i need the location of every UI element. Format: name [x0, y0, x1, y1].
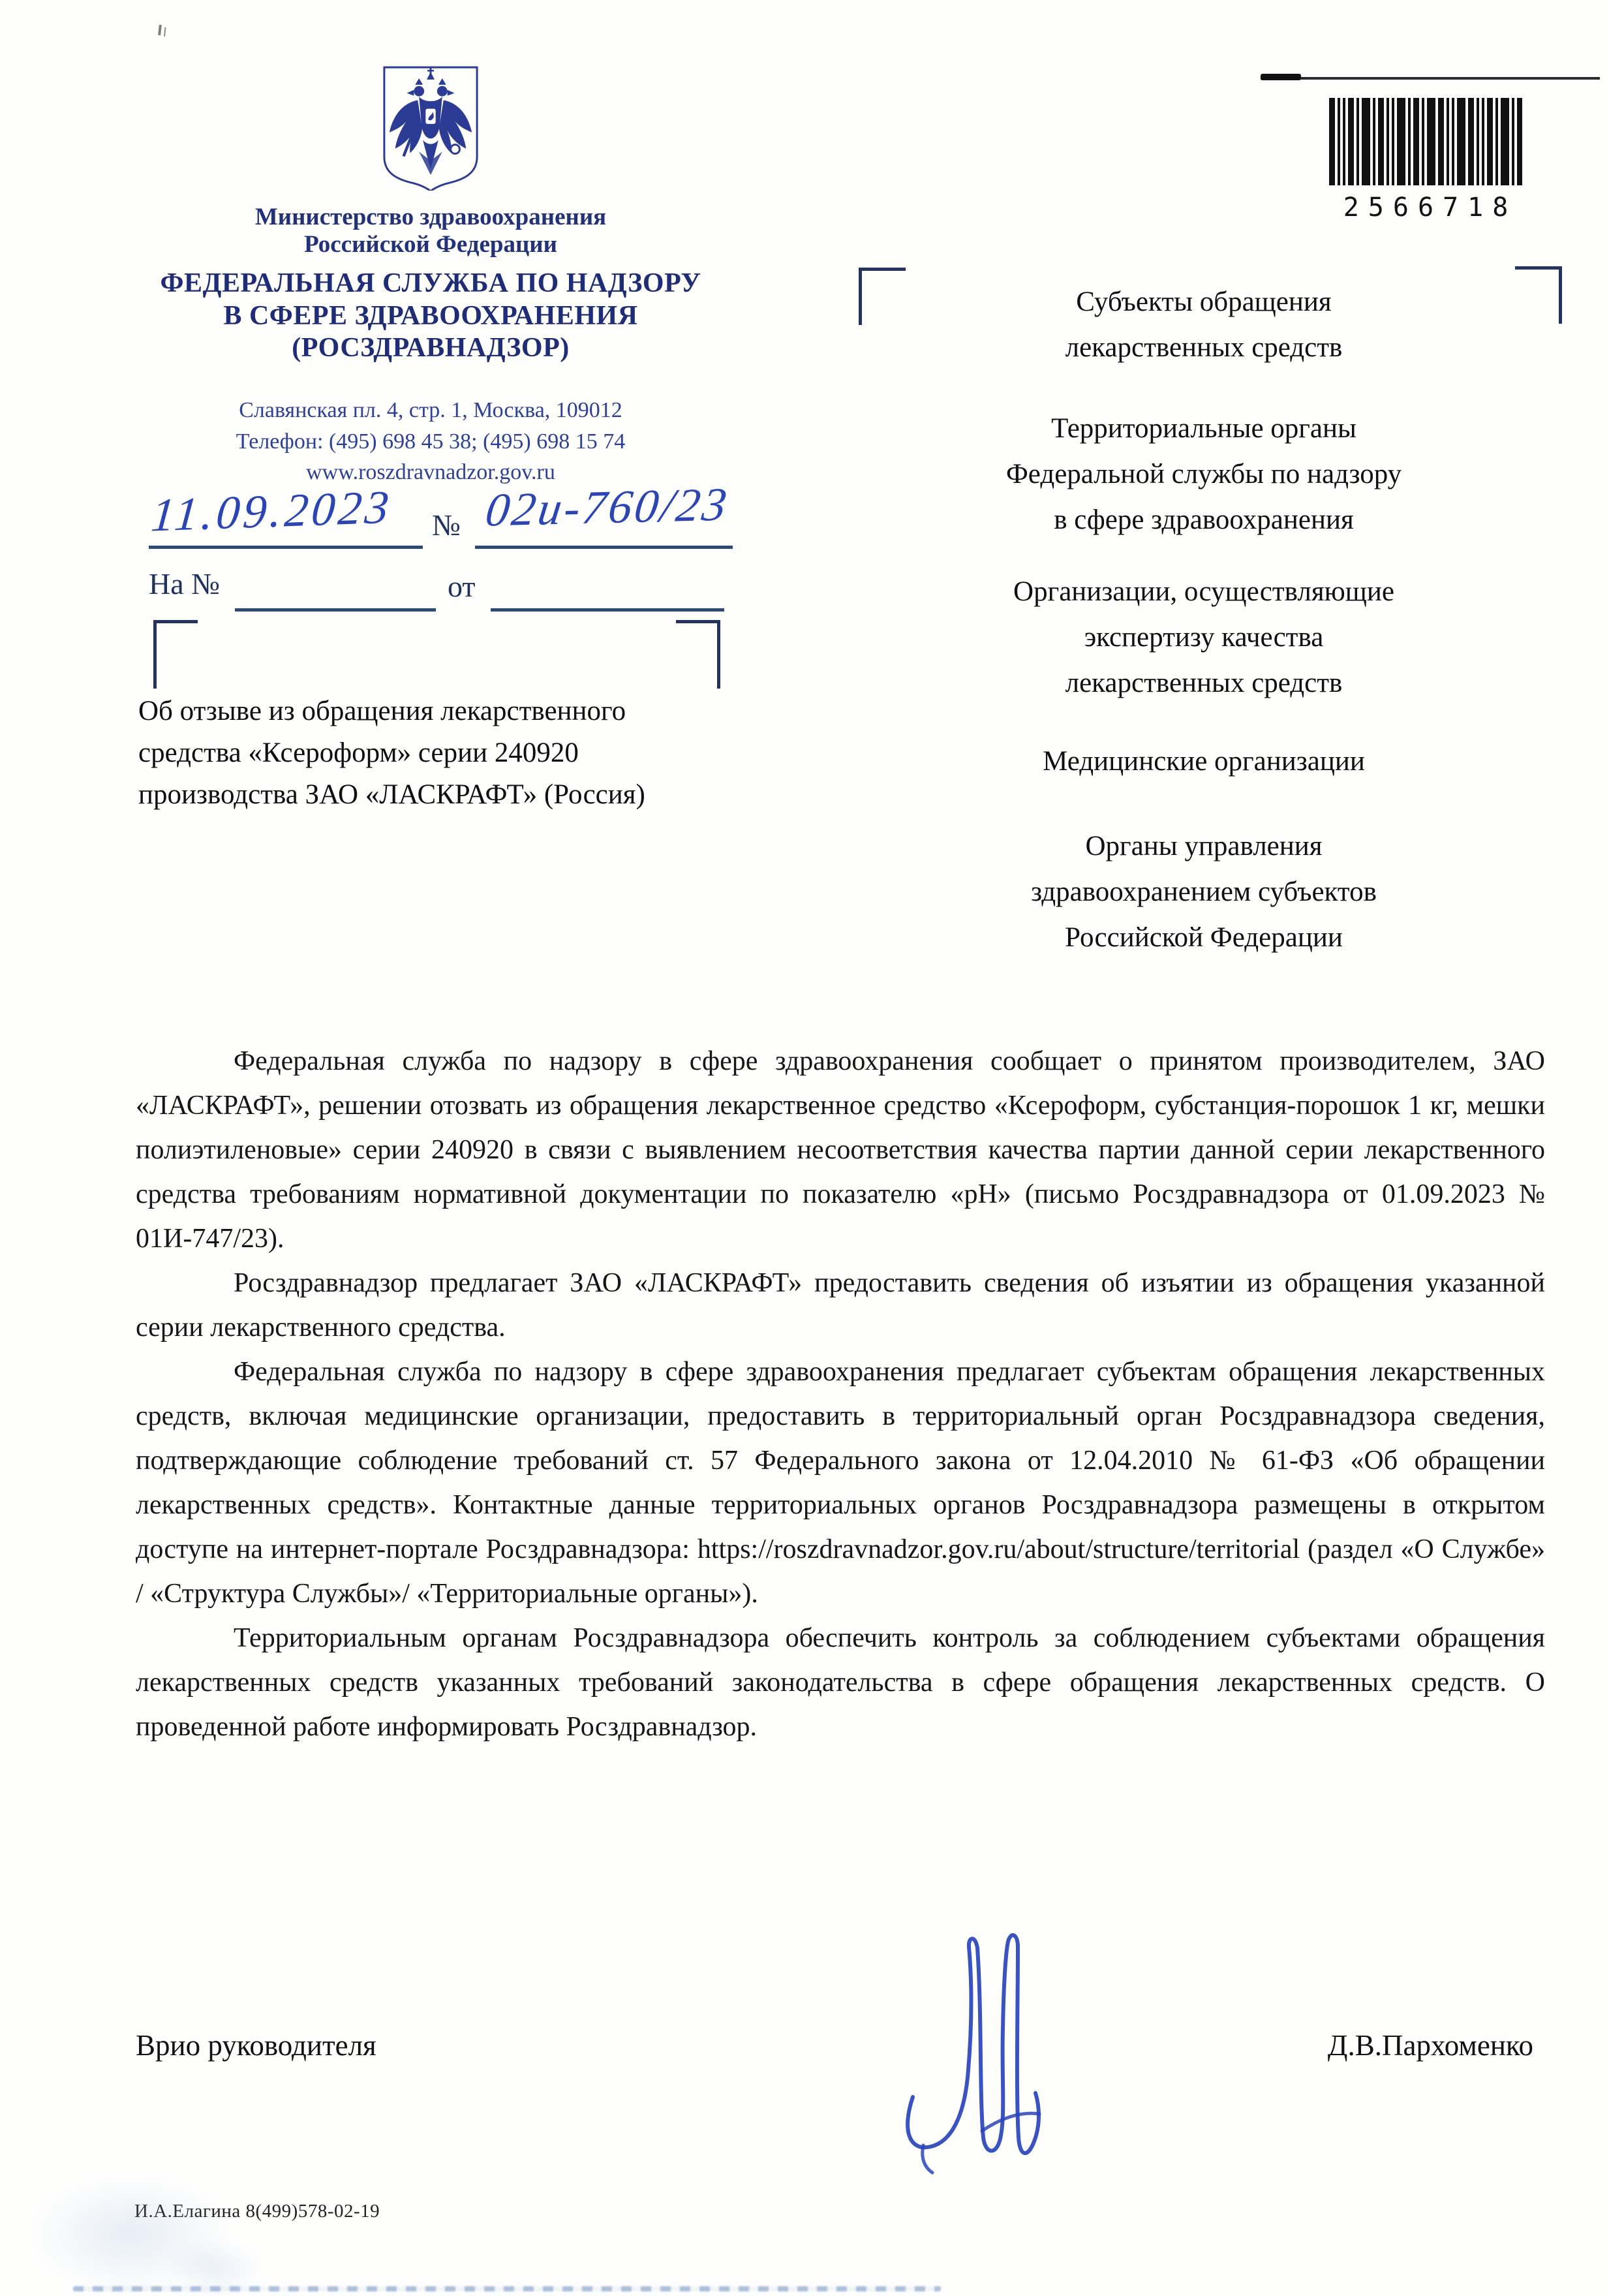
- signer-position-title: Врио руководителя: [136, 2028, 376, 2062]
- scanned-letter-page: 2566718: [0, 0, 1609, 2296]
- letterhead: Министерство здравоохранения Российской …: [111, 64, 750, 488]
- date-underline: [149, 546, 423, 549]
- body-paragraph-manufacturer-request: Росздравнадзор предлагает ЗАО «ЛАСКРАФТ»…: [136, 1261, 1545, 1350]
- recipient-group-quality-expertise-organizations: Организации, осуществляющие экспертизу к…: [848, 569, 1559, 706]
- coat-of-arms-icon: [379, 64, 482, 191]
- scan-speck-artifact: [158, 25, 162, 35]
- scan-line-blob-artifact: [1261, 74, 1301, 80]
- reply-number-label: На №: [149, 566, 220, 601]
- handwritten-date: 11.09.2023: [149, 480, 394, 542]
- reply-date-label: от: [448, 569, 476, 604]
- signer-name: Д.В.Пархоменко: [1109, 2028, 1533, 2062]
- body-paragraph-subjects-request: Федеральная служба по надзору в сфере зд…: [136, 1350, 1545, 1616]
- scan-line-artifact: [1261, 77, 1600, 80]
- letter-subject: Об отзыве из обращения лекарственного ср…: [138, 690, 765, 816]
- number-underline: [475, 546, 733, 549]
- number-sign: №: [432, 508, 461, 542]
- corner-mark-subject-left: [153, 620, 198, 689]
- recipient-group-territorial-bodies: Территориальные органы Федеральной служб…: [848, 406, 1559, 543]
- body-paragraph-territorial-control: Территориальным органам Росздравнадзора …: [136, 1616, 1545, 1749]
- recipient-group-medical-organizations: Медицинские организации: [848, 739, 1559, 784]
- reply-date-blank-line: [491, 608, 724, 612]
- recipient-group-drug-circulation-subjects: Субъекты обращения лекарственных средств: [848, 279, 1559, 371]
- ministry-name: Министерство здравоохранения Российской …: [111, 204, 750, 258]
- letter-body: Федеральная служба по надзору в сфере зд…: [136, 1039, 1545, 1749]
- service-name: ФЕДЕРАЛЬНАЯ СЛУЖБА ПО НАДЗОРУ В СФЕРЕ ЗД…: [111, 268, 750, 365]
- barcode-icon: [1328, 98, 1524, 185]
- body-paragraph-recall-notice: Федеральная служба по надзору в сфере зд…: [136, 1039, 1545, 1261]
- registration-barcode: 2566718: [1328, 98, 1524, 223]
- recipient-group-health-authorities: Органы управления здравоохранением субъе…: [848, 824, 1559, 961]
- barcode-number: 2566718: [1328, 193, 1524, 223]
- letterhead-address: Славянская пл. 4, стр. 1, Москва, 109012…: [111, 395, 750, 488]
- reply-number-blank-line: [235, 608, 436, 612]
- handwritten-number: 02и-760/23: [482, 477, 732, 537]
- handwritten-signature-icon: [884, 1922, 1099, 2183]
- scan-bottom-line-artifact: [73, 2286, 941, 2291]
- corner-mark-subject-right: [676, 620, 720, 689]
